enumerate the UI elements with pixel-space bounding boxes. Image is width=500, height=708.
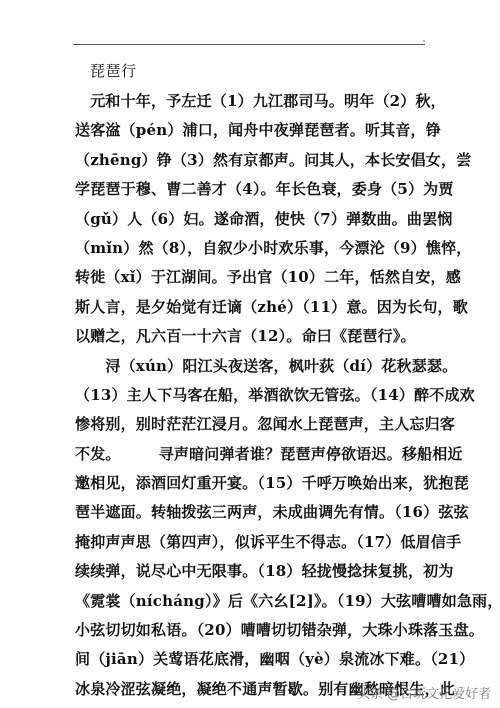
text-line: 掩抑声声思（第四声），似诉平生不得志。（17）低眉信手 (75, 528, 435, 557)
text-line: 不发。 寻声暗问弹者谁？琵琶声停欲语迟。移船相近 (75, 440, 435, 469)
text-line: （gǔ）人（6）妇。遂命酒，使快（7）弹数曲。曲罢悯 (75, 205, 435, 234)
text-line: 斯人言，是夕始觉有迁谪（zhé）（11）意。因为长句，歌 (75, 293, 435, 322)
text-line: 续续弹，说尽心中无限事。（18）轻拢慢捻抹复挑，初为 (75, 557, 435, 586)
text-line: （zhēng）铮（3）然有京都声。问其人，本长安倡女，尝 (75, 146, 435, 175)
text-line: 以赠之，凡六百一十六言（12）。命曰《琵琶行》。 (75, 322, 435, 351)
header-rule (73, 44, 425, 45)
watermark: 头条 @古玩文化爱好者 (357, 683, 491, 702)
text-line: 元和十年，予左迁（1）九江郡司马。明年（2）秋， (75, 87, 435, 116)
text-line: 邀相见，添酒回灯重开宴。（15）千呼万唤始出来，犹抱琵 (75, 469, 435, 498)
text-line: 学琵琶于穆、曹二善才（4）。年长色衰，委身（5）为贾 (75, 175, 435, 204)
text-line: 送客湓（pén）浦口，闻舟中夜弹琵琶者。听其音，铮 (75, 116, 435, 145)
text-line: 琶半遮面。转轴拨弦三两声，未成曲调先有情。（16）弦弦 (75, 498, 435, 527)
document-body: 元和十年，予左迁（1）九江郡司马。明年（2）秋， 送客湓（pén）浦口，闻舟中夜… (75, 87, 435, 704)
text-line: （13）主人下马客在船，举酒欲饮无管弦。（14）醉不成欢 (75, 381, 435, 410)
text-line: 小弦切切如私语。（20）嘈嘈切切错杂弹，大珠小珠落玉盘。 (75, 616, 435, 645)
document-title: 琵琶行 (90, 61, 137, 81)
corner-mark (75, 662, 77, 664)
text-line: 惨将别，别时茫茫江浸月。忽闻水上琵琶声，主人忘归客 (75, 410, 435, 439)
text-line: 转徙（xǐ）于江湖间。予出官（10）二年，恬然自安，感 (75, 263, 435, 292)
text-line: 《霓裳（nícháng）》后《六幺[2]》。（19）大弦嘈嘈如急雨， (75, 587, 435, 616)
text-line: 间（jiān）关莺语花底滑，幽咽（yè）泉流冰下难。（21） (75, 645, 435, 674)
header-mark (423, 40, 425, 42)
text-line: 浔（xún）阳江头夜送客，枫叶荻（dí）花秋瑟瑟。 (75, 352, 435, 381)
text-line: （mǐn）然（8），自叙少小时欢乐事，今漂沦（9）憔悴， (75, 234, 435, 263)
